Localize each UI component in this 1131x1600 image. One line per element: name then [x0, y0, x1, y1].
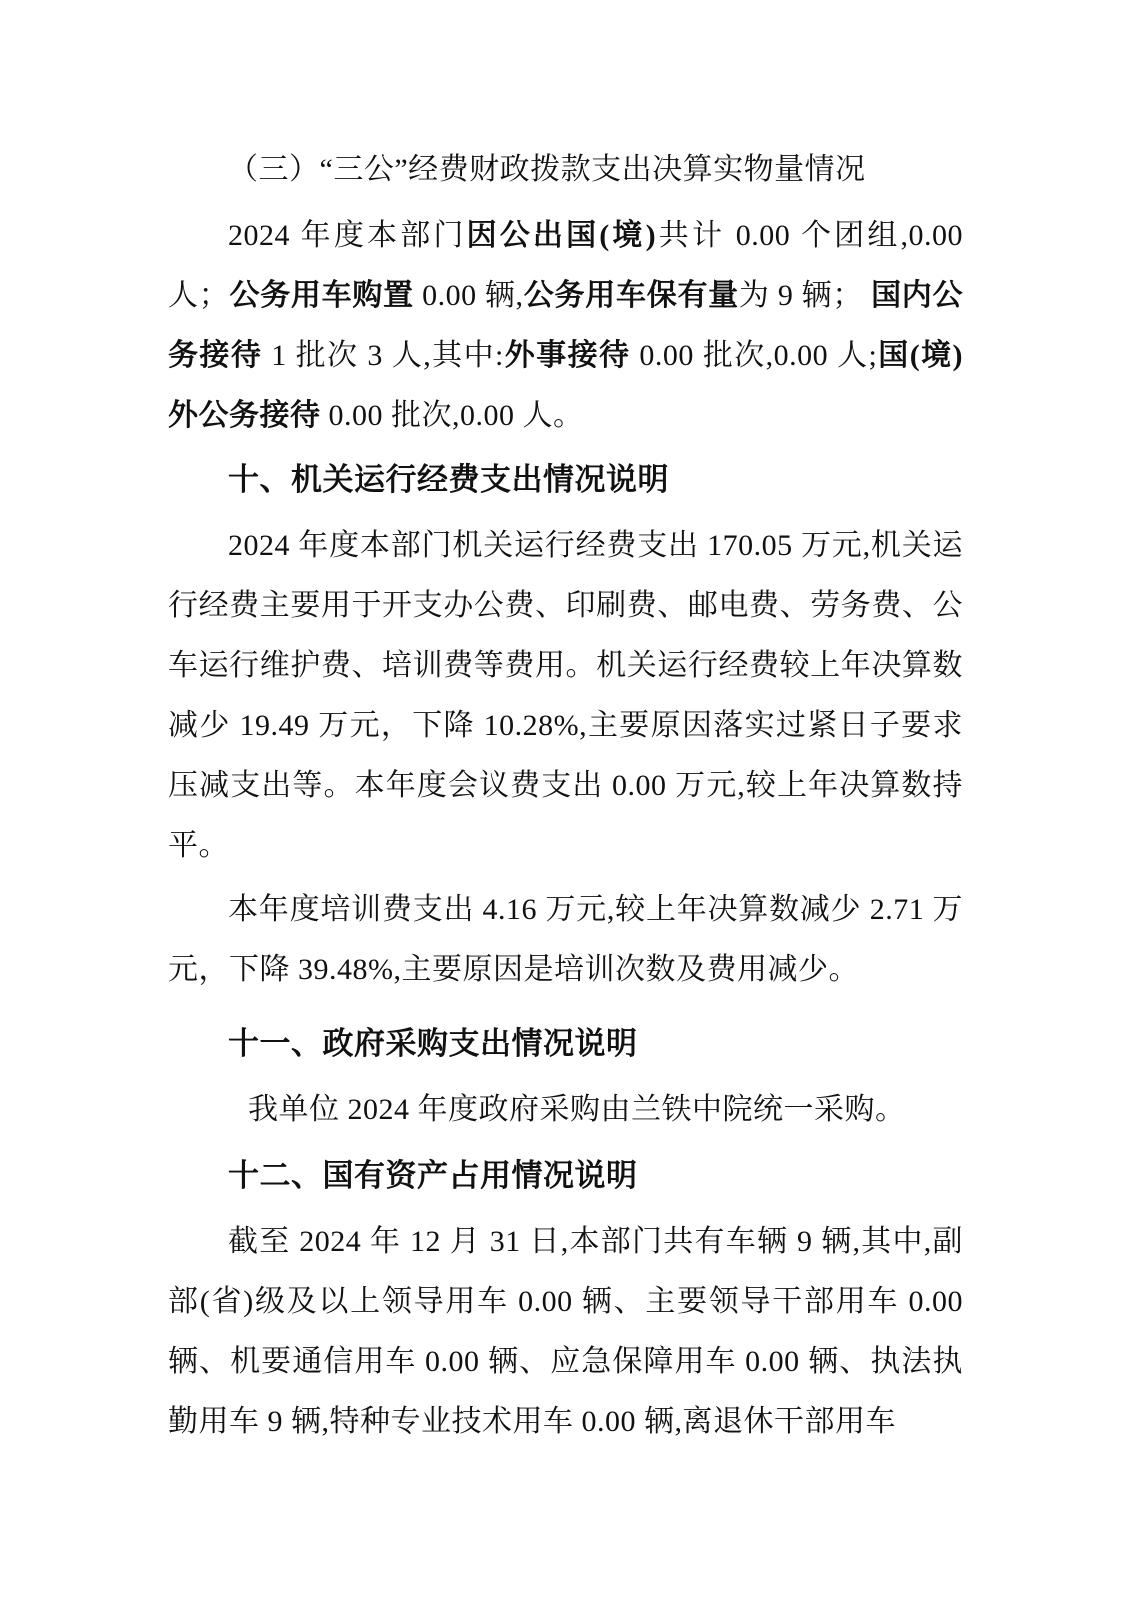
text-run: 0.00 辆,: [414, 279, 524, 312]
heading-section-10-operating-expense: 十、机关运行经费支出情况说明: [168, 450, 963, 510]
text-run: 0.00 批次,0.00 人;: [630, 339, 877, 372]
bold-text-run: 外事接待: [504, 339, 631, 372]
text-run: 为 9 辆；: [739, 279, 871, 312]
paragraph-government-procurement: 我单位 2024 年度政府采购由兰铁中院统一采购。: [168, 1080, 963, 1140]
text-run: 0.00 批次,0.00 人。: [321, 399, 584, 432]
heading-section-12-state-assets: 十二、国有资产占用情况说明: [168, 1146, 963, 1206]
text-run: 1 批次 3 人,其中:: [262, 339, 504, 372]
bold-text-run: 因公出国(境): [467, 219, 657, 252]
document-text-block: （三）“三公”经费财政拨款支出决算实物量情况 2024 年度本部门因公出国(境)…: [168, 0, 963, 1452]
bold-text-run: 公务用车购置: [229, 279, 414, 312]
bold-text-run: 公务用车保有量: [524, 279, 739, 312]
heading-section-11-government-procurement: 十一、政府采购支出情况说明: [168, 1014, 963, 1074]
text-run: 2024 年度本部门: [228, 219, 467, 252]
paragraph-state-assets-vehicles: 截至 2024 年 12 月 31 日,本部门共有车辆 9 辆,其中,副部(省)…: [168, 1212, 963, 1452]
document-page: （三）“三公”经费财政拨款支出决算实物量情况 2024 年度本部门因公出国(境)…: [0, 0, 1131, 1600]
heading-sangong-physical-quantity: （三）“三公”经费财政拨款支出决算实物量情况: [168, 140, 963, 200]
paragraph-operating-expense: 2024 年度本部门机关运行经费支出 170.05 万元,机关运行经费主要用于开…: [168, 516, 963, 876]
paragraph-sangong-details: 2024 年度本部门因公出国(境)共计 0.00 个团组,0.00 人；公务用车…: [168, 206, 963, 446]
paragraph-training-expense: 本年度培训费支出 4.16 万元,较上年决算数减少 2.71 万元，下降 39.…: [168, 880, 963, 1000]
